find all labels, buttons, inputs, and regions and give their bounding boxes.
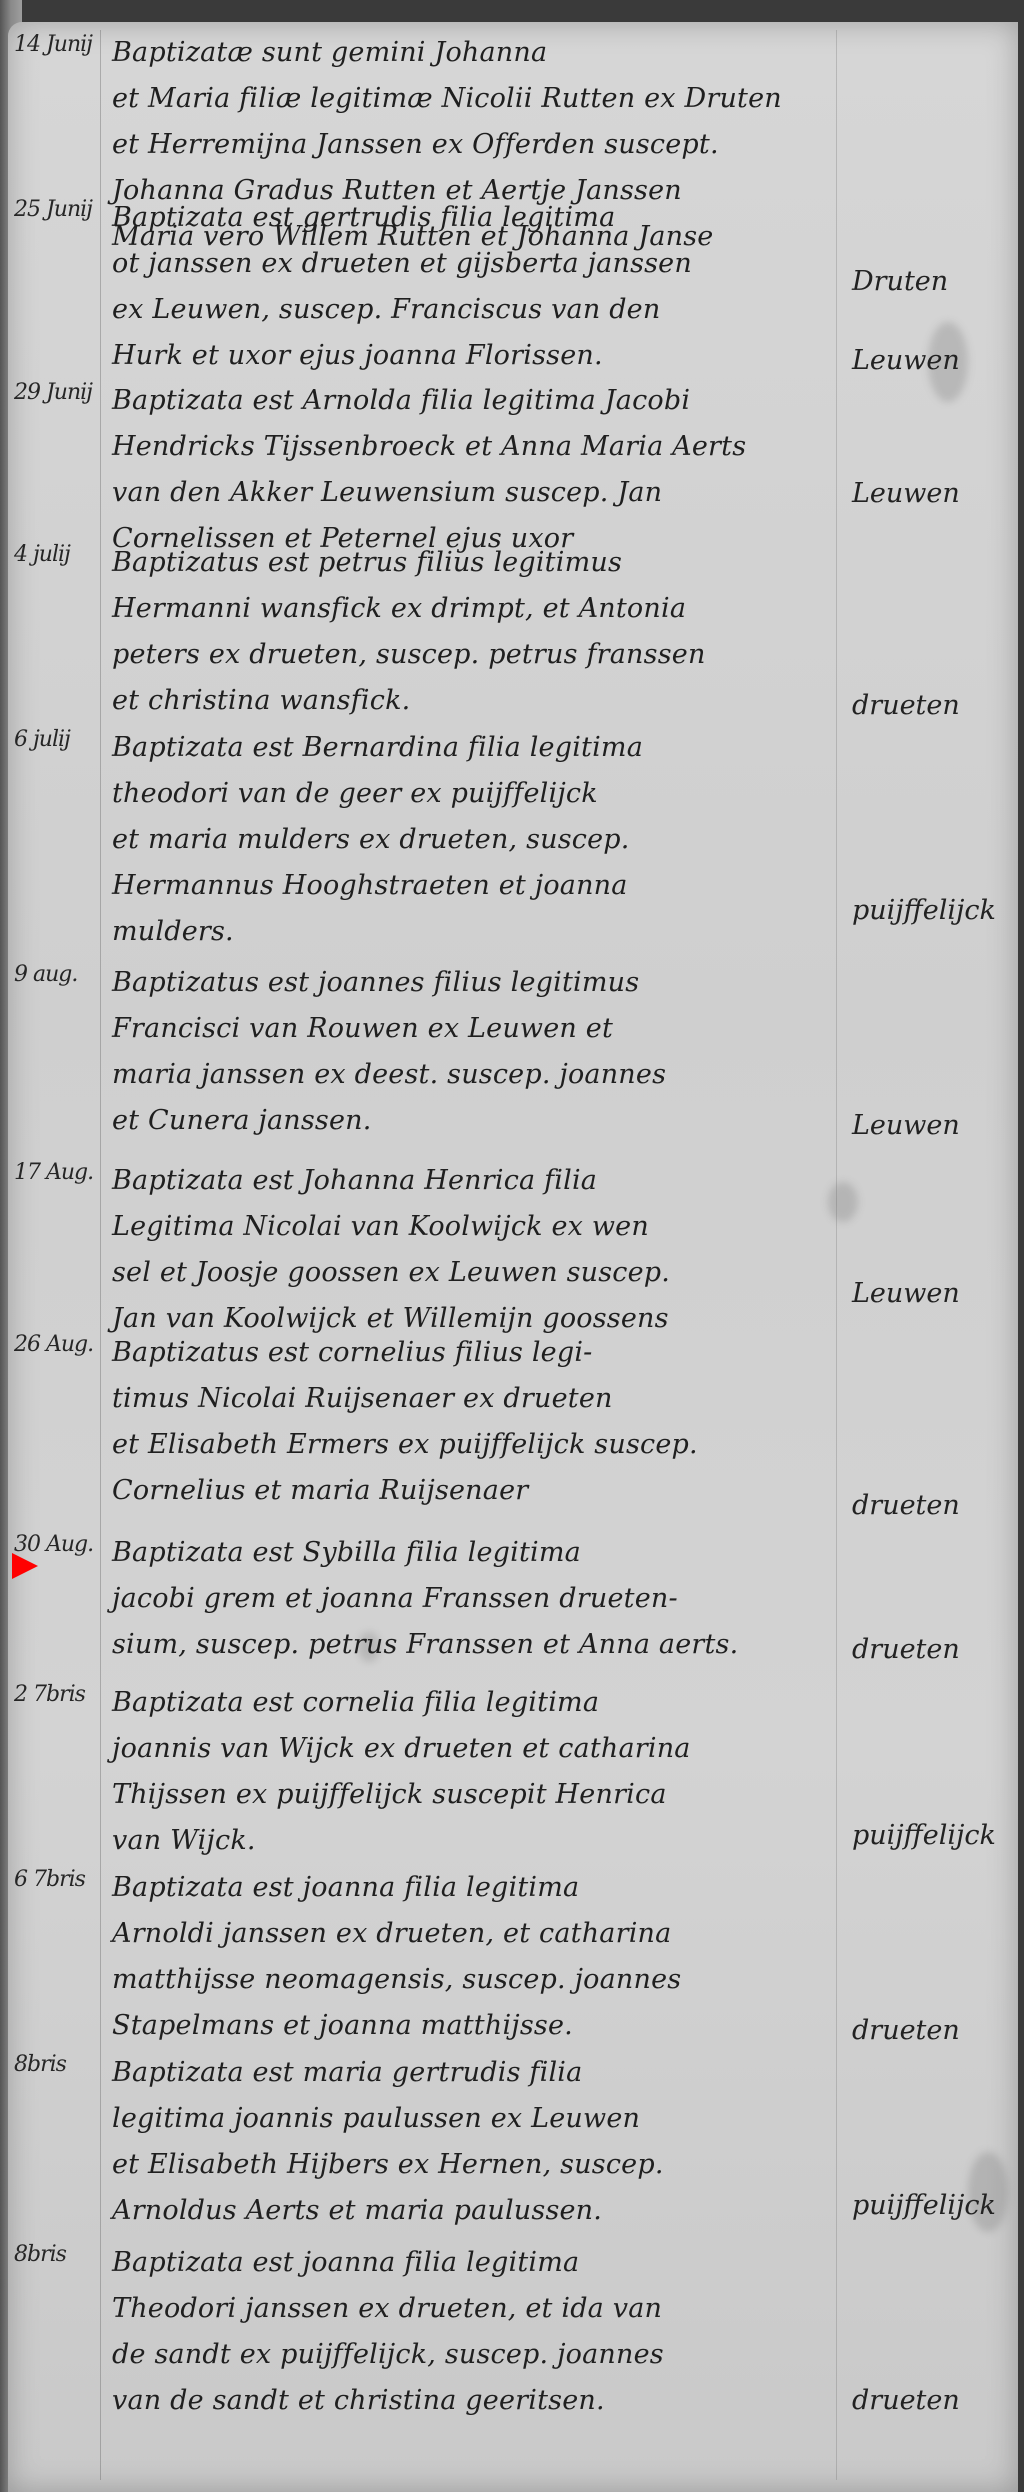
entry-text-line: sel et Joosje goossen ex Leuwen suscep. <box>112 1250 842 1296</box>
entry-place-margin-note: drueten <box>852 1634 1022 1665</box>
entry-text-line: ot janssen ex drueten et gijsberta janss… <box>112 241 842 287</box>
entry-place-margin-note: Leuwen <box>852 345 1022 376</box>
entry-place-margin-note: Druten <box>852 266 1022 297</box>
entry-text-line: et christina wansfick. <box>112 678 842 724</box>
entry-date: 4 julij <box>14 542 114 567</box>
entry-text: Baptizata est Sybilla filia legitimajaco… <box>112 1530 842 1668</box>
entry-text-line: Theodori janssen ex drueten, et ida van <box>112 2286 842 2332</box>
entry-text-line: maria janssen ex deest. suscep. joannes <box>112 1052 842 1098</box>
entry-text: Baptizata est Arnolda filia legitima Jac… <box>112 378 842 562</box>
entry-text: Baptizatus est joannes filius legitimusF… <box>112 960 842 1144</box>
entry-text-line: Thijssen ex puijffelijck suscepit Henric… <box>112 1772 842 1818</box>
entry-text: Baptizata est joanna filia legitimaArnol… <box>112 1865 842 2049</box>
entry-text-line: Legitima Nicolai van Koolwijck ex wen <box>112 1204 842 1250</box>
entry-text-line: Baptizata est Sybilla filia legitima <box>112 1530 842 1576</box>
entry-text-line: Stapelmans et joanna matthijsse. <box>112 2003 842 2049</box>
entry-text-line: et Elisabeth Hijbers ex Hernen, suscep. <box>112 2142 842 2188</box>
entry-text: Baptizata est maria gertrudis filialegit… <box>112 2050 842 2234</box>
entry-text-line: Francisci van Rouwen ex Leuwen et <box>112 1006 842 1052</box>
entry-place-margin-note: Leuwen <box>852 1278 1022 1309</box>
entry-text-line: Baptizatus est cornelius filius legi- <box>112 1330 842 1376</box>
entry-place-margin-note: drueten <box>852 2385 1022 2416</box>
entry-date: 9 aug. <box>14 962 114 987</box>
entry-text-line: Hermanni wansfick ex drimpt, et Antonia <box>112 586 842 632</box>
entry-date: 6 7bris <box>14 1867 114 1892</box>
entry-text-line: et Maria filiæ legitimæ Nicolii Rutten e… <box>112 76 842 122</box>
entry-text-line: jacobi grem et joanna Franssen drueten- <box>112 1576 842 1622</box>
entry-text-line: Hendricks Tijssenbroeck et Anna Maria Ae… <box>112 424 842 470</box>
entry-text-line: Arnoldi janssen ex drueten, et catharina <box>112 1911 842 1957</box>
entry-place-margin-note: puijffelijck <box>852 1820 1022 1851</box>
entry-text-line: Baptizata est Johanna Henrica filia <box>112 1158 842 1204</box>
entry-text-line: Baptizata est Arnolda filia legitima Jac… <box>112 378 842 424</box>
entry-text-line: van den Akker Leuwensium suscep. Jan <box>112 470 842 516</box>
entry-place-margin-note: Leuwen <box>852 1110 1022 1141</box>
entry-text-line: Baptizata est joanna filia legitima <box>112 2240 842 2286</box>
entry-place-margin-note: Leuwen <box>852 478 1022 509</box>
entry-text-line: Hermannus Hooghstraeten et joanna <box>112 863 842 909</box>
entry-date: 14 Junij <box>14 32 114 57</box>
entry-text-line: ex Leuwen, suscep. Franciscus van den <box>112 287 842 333</box>
entry-date: 17 Aug. <box>14 1160 114 1185</box>
entry-date: 25 Junij <box>14 197 114 222</box>
entry-text: Baptizata est cornelia filia legitimajoa… <box>112 1680 842 1864</box>
entry-text-line: Baptizatus est joannes filius legitimus <box>112 960 842 1006</box>
entry-text-line: sium, suscep. petrus Franssen et Anna ae… <box>112 1622 842 1668</box>
entry-date: 8bris <box>14 2052 114 2077</box>
entry-text: Baptizata est joanna filia legitimaTheod… <box>112 2240 842 2424</box>
red-pointer-marker-icon <box>12 1553 38 1579</box>
entry-text-line: Baptizata est maria gertrudis filia <box>112 2050 842 2096</box>
entry-text-line: et Herremijna Janssen ex Offerden suscep… <box>112 122 842 168</box>
entry-date: 2 7bris <box>14 1682 114 1707</box>
entry-text: Baptizatus est cornelius filius legi-tim… <box>112 1330 842 1514</box>
entry-text-line: matthijsse neomagensis, suscep. joannes <box>112 1957 842 2003</box>
entry-text-line: et maria mulders ex drueten, suscep. <box>112 817 842 863</box>
entry-place-margin-note: puijffelijck <box>852 2190 1022 2221</box>
entry-text-line: Baptizata est joanna filia legitima <box>112 1865 842 1911</box>
entry-text-line: Arnoldus Aerts et maria paulussen. <box>112 2188 842 2234</box>
entry-text: Baptizata est gertrudis filia legitimaot… <box>112 195 842 379</box>
entry-text-line: Baptizata est gertrudis filia legitima <box>112 195 842 241</box>
entry-text-line: Baptizatæ sunt gemini Johanna <box>112 30 842 76</box>
entry-text-line: et Cunera janssen. <box>112 1098 842 1144</box>
entry-text-line: Baptizata est cornelia filia legitima <box>112 1680 842 1726</box>
entry-text-line: Baptizatus est petrus filius legitimus <box>112 540 842 586</box>
entry-place-margin-note: puijffelijck <box>852 895 1022 926</box>
entry-text-line: theodori van de geer ex puijffelijck <box>112 771 842 817</box>
entry-place-margin-note: drueten <box>852 2015 1022 2046</box>
entry-date: 8bris <box>14 2242 114 2267</box>
entry-text: Baptizatus est petrus filius legitimusHe… <box>112 540 842 724</box>
entry-date: 6 julij <box>14 727 114 752</box>
entry-text-line: joannis van Wijck ex drueten et catharin… <box>112 1726 842 1772</box>
entry-text-line: et Elisabeth Ermers ex puijffelijck susc… <box>112 1422 842 1468</box>
entry-text: Baptizata est Bernardina filia legitimat… <box>112 725 842 955</box>
entry-text-line: timus Nicolai Ruijsenaer ex drueten <box>112 1376 842 1422</box>
entry-text-line: de sandt ex puijffelijck, suscep. joanne… <box>112 2332 842 2378</box>
entry-date: 26 Aug. <box>14 1332 114 1357</box>
entry-text-line: mulders. <box>112 909 842 955</box>
entry-text-line: peters ex drueten, suscep. petrus franss… <box>112 632 842 678</box>
entry-text-line: van Wijck. <box>112 1818 842 1864</box>
entry-text: Baptizata est Johanna Henrica filiaLegit… <box>112 1158 842 1342</box>
entry-date: 29 Junij <box>14 380 114 405</box>
entry-text-line: Hurk et uxor ejus joanna Florissen. <box>112 333 842 379</box>
entry-place-margin-note: drueten <box>852 690 1022 721</box>
entry-text-line: Baptizata est Bernardina filia legitima <box>112 725 842 771</box>
entry-text-line: Cornelius et maria Ruijsenaer <box>112 1468 842 1514</box>
entry-text-line: van de sandt et christina geeritsen. <box>112 2378 842 2424</box>
entry-place-margin-note: drueten <box>852 1490 1022 1521</box>
entry-text-line: legitima joannis paulussen ex Leuwen <box>112 2096 842 2142</box>
